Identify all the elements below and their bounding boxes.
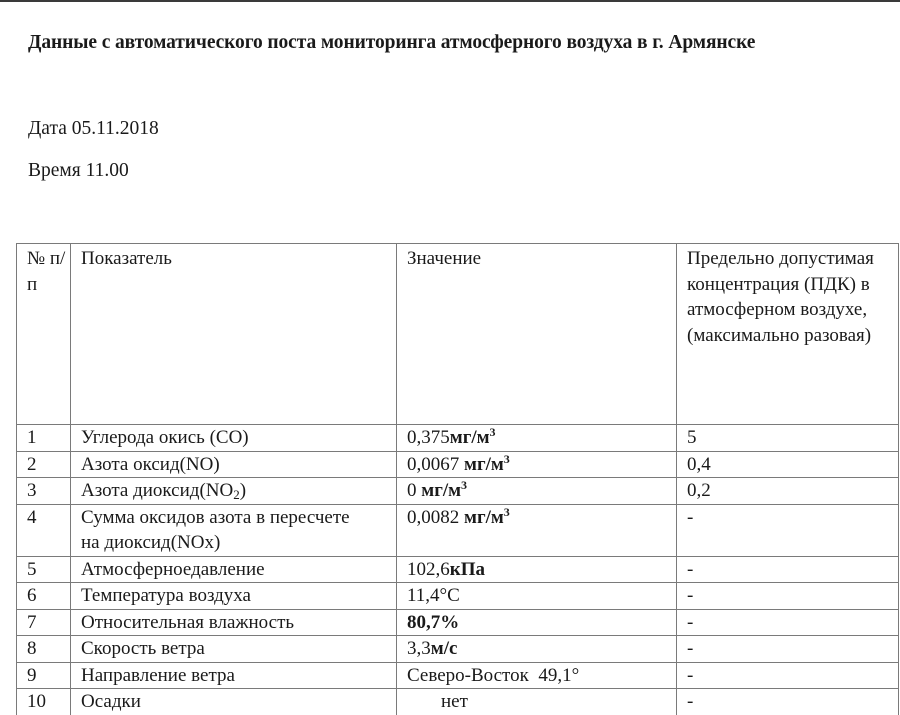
- cell-pdk: -: [677, 689, 899, 715]
- value-number: 80,7%: [407, 612, 459, 633]
- cell-indicator: Азота диоксид(NO2): [71, 478, 397, 505]
- cell-num: 4: [17, 504, 71, 556]
- cell-pdk: -: [677, 662, 899, 689]
- cell-value: 80,7%: [397, 609, 677, 636]
- cell-pdk: 0,4: [677, 451, 899, 478]
- cell-num: 2: [17, 451, 71, 478]
- value-number: 0,0082: [407, 507, 464, 528]
- cell-pdk: -: [677, 636, 899, 663]
- unit-text: мг/м: [450, 427, 490, 448]
- table-row: 10 Осадки нет -: [17, 689, 899, 715]
- header-value: Значение: [397, 244, 677, 425]
- indicator-text: Азота диоксид(NO: [81, 480, 233, 501]
- cell-value: 0,0067 мг/м3: [397, 451, 677, 478]
- value-number: 102,6: [407, 559, 450, 580]
- time-label: Время 11.00: [28, 160, 129, 182]
- cell-num: 7: [17, 609, 71, 636]
- cell-value: 0,375мг/м3: [397, 425, 677, 452]
- value-number: нет: [407, 689, 468, 715]
- table-row: 2 Азота оксид(NO) 0,0067 мг/м3 0,4: [17, 451, 899, 478]
- unit-text: мг/м: [464, 454, 504, 475]
- value-unit: мг/м3: [464, 507, 510, 528]
- cell-indicator: Осадки: [71, 689, 397, 715]
- cell-value: 3,3м/с: [397, 636, 677, 663]
- table-row: 6 Температура воздуха 11,4°С -: [17, 583, 899, 610]
- cell-indicator: Атмосферноедавление: [71, 556, 397, 583]
- cell-indicator: Скорость ветра: [71, 636, 397, 663]
- monitoring-data-table: № п/п Показатель Значение Предельно допу…: [16, 243, 899, 715]
- cell-pdk: -: [677, 504, 899, 556]
- unit-exponent: 3: [504, 505, 510, 519]
- table-row: 1 Углерода окись (CO) 0,375мг/м3 5: [17, 425, 899, 452]
- cell-num: 3: [17, 478, 71, 505]
- value-unit: мг/м3: [450, 427, 496, 448]
- table-row: 4 Сумма оксидов азота в пересчете на дио…: [17, 504, 899, 556]
- unit-exponent: 3: [490, 425, 496, 439]
- value-unit: мг/м3: [464, 454, 510, 475]
- cell-pdk: 5: [677, 425, 899, 452]
- document-title: Данные с автоматического поста мониторин…: [28, 32, 755, 54]
- indicator-text-end: ): [240, 480, 246, 501]
- table-row: 7 Относительная влажность 80,7% -: [17, 609, 899, 636]
- cell-num: 8: [17, 636, 71, 663]
- cell-indicator: Относительная влажность: [71, 609, 397, 636]
- header-pdk: Предельно допустимая концентрация (ПДК) …: [677, 244, 899, 425]
- cell-num: 6: [17, 583, 71, 610]
- value-number: 11,4°С: [407, 585, 460, 606]
- value-number: 0,0067: [407, 454, 464, 475]
- table-header-row: № п/п Показатель Значение Предельно допу…: [17, 244, 899, 425]
- cell-pdk: -: [677, 556, 899, 583]
- unit-text: мг/м: [464, 507, 504, 528]
- cell-value: Северо-Восток 49,1°: [397, 662, 677, 689]
- unit-text: мг/м: [421, 480, 461, 501]
- cell-num: 10: [17, 689, 71, 715]
- table-row: 8 Скорость ветра 3,3м/с -: [17, 636, 899, 663]
- cell-indicator: Азота оксид(NO): [71, 451, 397, 478]
- cell-indicator: Направление ветра: [71, 662, 397, 689]
- value-number: 3,3: [407, 638, 431, 659]
- top-edge-bar: [0, 0, 900, 2]
- cell-num: 5: [17, 556, 71, 583]
- cell-value: 0,0082 мг/м3: [397, 504, 677, 556]
- cell-value: 0 мг/м3: [397, 478, 677, 505]
- cell-value: 11,4°С: [397, 583, 677, 610]
- cell-num: 1: [17, 425, 71, 452]
- value-unit: мг/м3: [421, 480, 467, 501]
- value-number: Северо-Восток 49,1°: [407, 665, 579, 686]
- cell-pdk: 0,2: [677, 478, 899, 505]
- cell-value: 102,6кПа: [397, 556, 677, 583]
- cell-indicator: Углерода окись (CO): [71, 425, 397, 452]
- date-label: Дата 05.11.2018: [28, 118, 159, 140]
- table-row: 3 Азота диоксид(NO2) 0 мг/м3 0,2: [17, 478, 899, 505]
- unit-exponent: 3: [504, 452, 510, 466]
- header-num: № п/п: [17, 244, 71, 425]
- table-row: 9 Направление ветра Северо-Восток 49,1° …: [17, 662, 899, 689]
- value-number: 0: [407, 480, 421, 501]
- cell-indicator: Температура воздуха: [71, 583, 397, 610]
- unit-exponent: 3: [461, 478, 467, 492]
- cell-value: нет: [397, 689, 677, 715]
- cell-num: 9: [17, 662, 71, 689]
- table-row: 5 Атмосферноедавление 102,6кПа -: [17, 556, 899, 583]
- value-unit: м/с: [431, 638, 458, 659]
- header-indicator: Показатель: [71, 244, 397, 425]
- value-unit: кПа: [450, 559, 485, 580]
- cell-pdk: -: [677, 583, 899, 610]
- cell-indicator: Сумма оксидов азота в пересчете на диокс…: [71, 504, 397, 556]
- cell-pdk: -: [677, 609, 899, 636]
- value-number: 0,375: [407, 427, 450, 448]
